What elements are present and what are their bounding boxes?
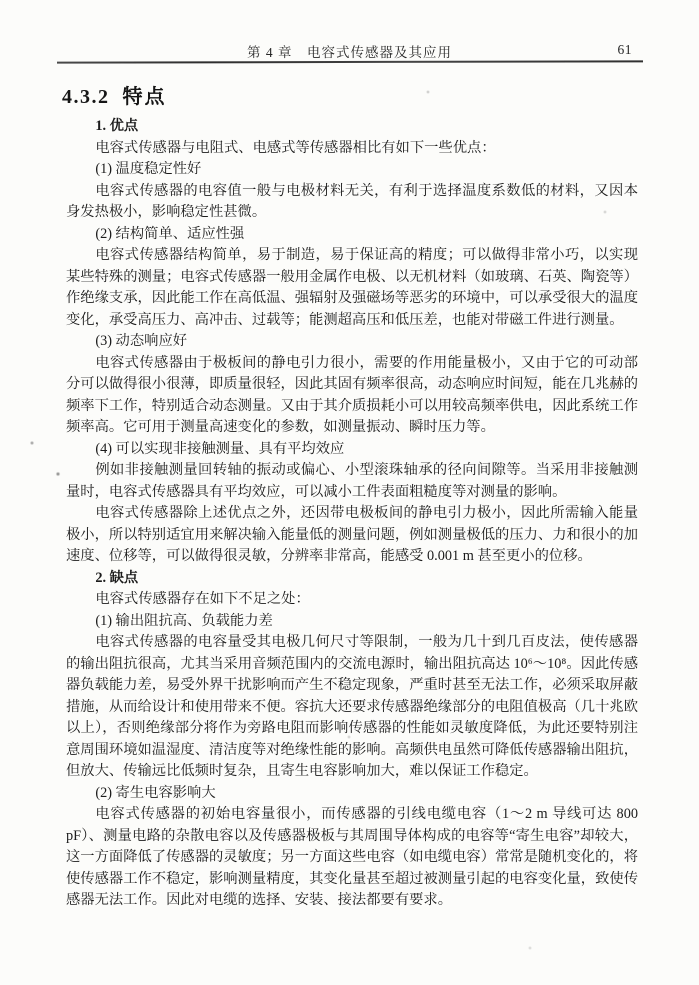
subsection-heading-advantages: 1. 优点 xyxy=(66,116,638,138)
paragraph: 电容式传感器的电容值一般与电极材料无关，有利于选择温度系数低的材料，又因本身发热… xyxy=(66,181,638,224)
list-item-heading: (2) 寄生电容影响大 xyxy=(66,783,638,805)
paragraph: 电容式传感器的电容量受其电极几何尺寸等限制，一般为几十到几百皮法，使传感器的输出… xyxy=(66,632,638,783)
list-item-heading: (1) 温度稳定性好 xyxy=(66,159,638,181)
paragraph: 电容式传感器结构简单，易于制造，易于保证高的精度；可以做得非常小巧，以实现某些特… xyxy=(66,245,638,331)
list-item-heading: (1) 输出阻抗高、负载能力差 xyxy=(66,611,638,633)
page-number: 61 xyxy=(618,42,633,58)
paragraph: 例如非接触测量回转轴的振动或偏心、小型滚珠轴承的径向间隙等。当采用非接触测量时，… xyxy=(66,460,638,503)
paragraph: 电容式传感器与电阻式、电感式等传感器相比有如下一些优点： xyxy=(66,138,638,160)
section-name: 特点 xyxy=(123,86,167,108)
paragraph: 电容式传感器由于极板间的静电引力很小，需要的作用能量极小，又由于它的可动部分可以… xyxy=(66,353,638,439)
body-text: 1. 优点 电容式传感器与电阻式、电感式等传感器相比有如下一些优点： (1) 温… xyxy=(66,116,638,912)
list-item-heading: (3) 动态响应好 xyxy=(66,331,638,353)
list-item-heading: (4) 可以实现非接触测量、具有平均效应 xyxy=(66,439,638,461)
list-item-heading: (2) 结构简单、适应性强 xyxy=(66,224,638,246)
chapter-title: 第 4 章 电容式传感器及其应用 xyxy=(57,41,642,61)
subsection-heading-drawbacks: 2. 缺点 xyxy=(66,568,638,590)
section-title: 4.3.2特点 xyxy=(62,80,167,109)
scanned-page: 第 4 章 电容式传感器及其应用 61 4.3.2特点 1. 优点 电容式传感器… xyxy=(0,0,699,985)
running-header: 第 4 章 电容式传感器及其应用 61 xyxy=(57,41,642,59)
paragraph: 电容式传感器存在如下不足之处： xyxy=(66,589,638,611)
paragraph: 电容式传感器的初始电容量很小，而传感器的引线电缆电容（1～2 m 导线可达 80… xyxy=(66,804,638,912)
header-rule xyxy=(57,60,643,63)
section-number: 4.3.2 xyxy=(62,86,110,108)
paragraph: 电容式传感器除上述优点之外，还因带电极板间的静电引力极小，因此所需输入能量极小，… xyxy=(66,503,638,568)
